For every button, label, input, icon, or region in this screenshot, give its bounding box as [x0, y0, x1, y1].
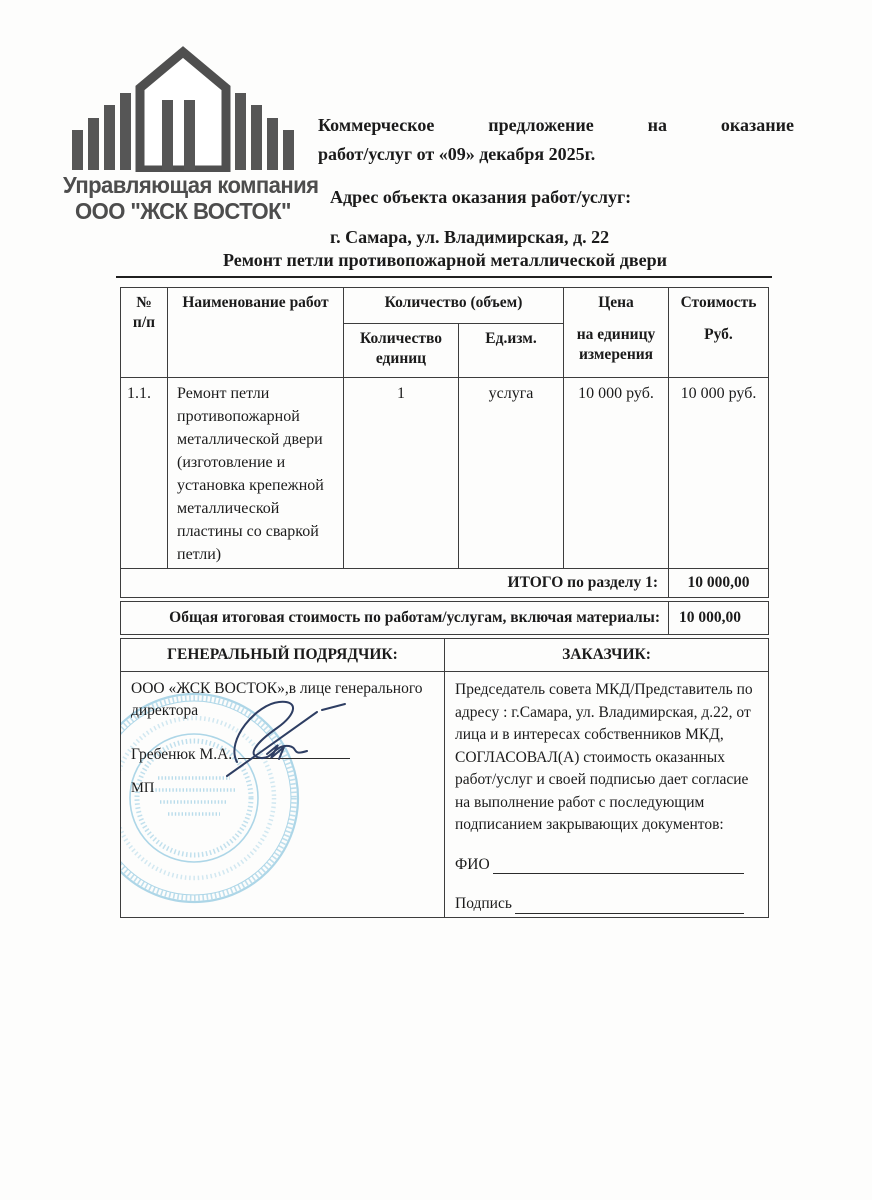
col-header-qty-units: Количество единиц: [344, 324, 459, 378]
signature-scribble: [217, 696, 367, 791]
logo-text-line1: Управляющая компания: [63, 172, 303, 198]
col-header-cost-line1: Стоимость: [673, 293, 764, 313]
customer-cell: Председатель совета МКД/Представитель по…: [445, 672, 769, 918]
proposal-title-line1: Коммерческоепредложениенаоказание: [318, 112, 794, 139]
signatures-table: ГЕНЕРАЛЬНЫЙ ПОДРЯДЧИК: ЗАКАЗЧИК:: [120, 638, 769, 918]
contractor-header: ГЕНЕРАЛЬНЫЙ ПОДРЯДЧИК:: [121, 639, 445, 672]
col-header-quantity-group: Количество (объем): [344, 288, 564, 324]
document-page: Управляющая компания ООО "ЖСК ВОСТОК" Ко…: [0, 0, 872, 1200]
col-header-price: Цена на единицу измерения: [564, 288, 669, 378]
signature-blank-line: [515, 913, 744, 914]
grand-total-table: Общая итоговая стоимость по работам/услу…: [120, 601, 769, 635]
section-total-row: ИТОГО по разделу 1: 10 000,00: [121, 569, 769, 598]
section-total-value: 10 000,00: [669, 569, 769, 598]
proposal-title-line2: работ/услуг от «09» декабря 2025г.: [318, 141, 794, 168]
col-header-name: Наименование работ: [168, 288, 344, 378]
signature-row: Подпись: [455, 893, 754, 916]
proposal-header-text: Коммерческоепредложениенаоказание работ/…: [318, 42, 794, 251]
works-table: № п/п Наименование работ Количество (объ…: [120, 287, 769, 598]
col-header-cost: Стоимость Руб.: [669, 288, 769, 378]
object-address-value: г. Самара, ул. Владимирская, д. 22: [318, 224, 794, 251]
logo-text-line2: ООО "ЖСК ВОСТОК": [63, 198, 303, 224]
col-header-num: № п/п: [121, 288, 168, 378]
col-header-price-line2: на единицу измерения: [568, 325, 664, 365]
document-header: Управляющая компания ООО "ЖСК ВОСТОК" Ко…: [58, 42, 794, 251]
col-header-unit: Ед.изм.: [459, 324, 564, 378]
row-cost: 10 000 руб.: [669, 378, 769, 569]
row-number: 1.1.: [121, 378, 168, 569]
col-header-cost-line2: Руб.: [673, 325, 764, 345]
signature-label: Подпись: [455, 893, 512, 916]
grand-total-label: Общая итоговая стоимость по работам/услу…: [121, 602, 669, 635]
row-unit-price: 10 000 руб.: [564, 378, 669, 569]
row-unit: услуга: [459, 378, 564, 569]
row-quantity: 1: [344, 378, 459, 569]
table-row: 1.1. Ремонт петли противопожарной металл…: [121, 378, 769, 569]
fio-blank-line: [493, 873, 744, 874]
col-header-price-line1: Цена: [568, 293, 664, 313]
row-work-name: Ремонт петли противопожарной металлическ…: [168, 378, 344, 569]
contractor-cell: ООО «ЖСК ВОСТОК»,в лице генерального дир…: [121, 672, 445, 918]
grand-total-value: 10 000,00: [669, 602, 769, 635]
section-total-label: ИТОГО по разделу 1:: [121, 569, 669, 598]
object-address-label: Адрес объекта оказания работ/услуг:: [318, 184, 794, 211]
company-logo: Управляющая компания ООО "ЖСК ВОСТОК": [58, 42, 308, 251]
document-title: Ремонт петли противопожарной металлическ…: [120, 250, 770, 271]
building-logo-icon: [58, 42, 308, 172]
fio-row: ФИО: [455, 854, 754, 877]
title-underline: [116, 276, 772, 278]
customer-agreement-text: Председатель совета МКД/Представитель по…: [455, 679, 754, 837]
customer-header: ЗАКАЗЧИК:: [445, 639, 769, 672]
fio-label: ФИО: [455, 854, 490, 877]
document-tables: № п/п Наименование работ Количество (объ…: [120, 287, 770, 918]
